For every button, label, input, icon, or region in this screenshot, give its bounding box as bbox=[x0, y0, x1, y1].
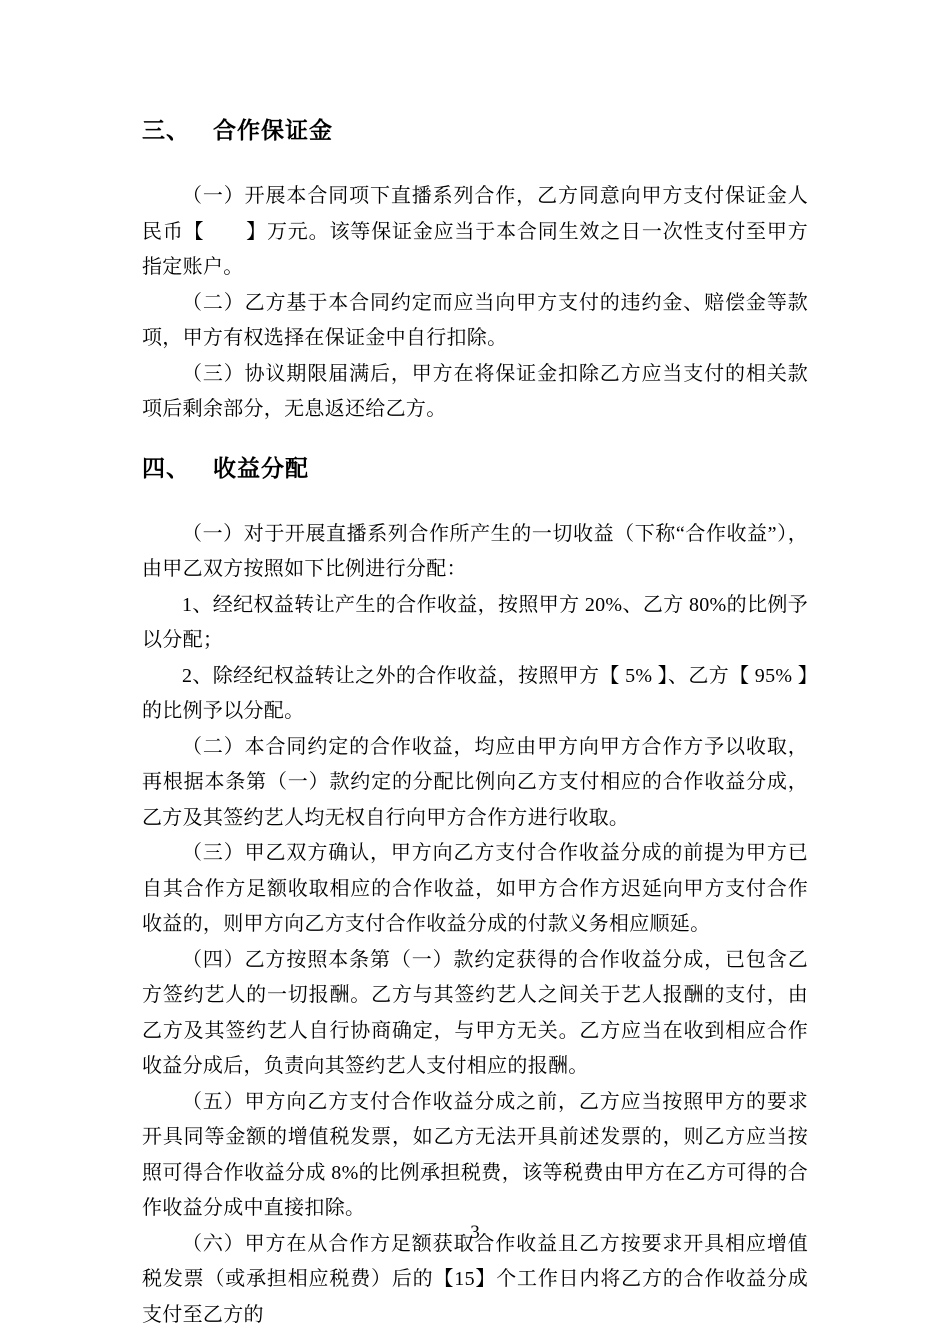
clause-4-1-item-1: 1、经纪权益转让产生的合作收益，按照甲方 20%、乙方 80%的比例予以分配； bbox=[142, 588, 808, 659]
clause-4-2: （二）本合同约定的合作收益，均应由甲方向甲方合作方予以收取，再根据本条第（一）款… bbox=[142, 730, 808, 837]
clause-3-2: （二）乙方基于本合同约定而应当向甲方支付的违约金、赔偿金等款项，甲方有权选择在保… bbox=[142, 286, 808, 357]
clause-4-3: （三）甲乙双方确认，甲方向乙方支付合作收益分成的前提为甲方已自其合作方足额收取相… bbox=[142, 836, 808, 943]
page-number: 3 bbox=[0, 1222, 950, 1244]
section-title: 收益分配 bbox=[213, 455, 309, 481]
document-page: 三、合作保证金（一）开展本合同项下直播系列合作，乙方同意向甲方支付保证金人民币【… bbox=[0, 0, 950, 1344]
clause-4-1-item-2: 2、除经纪权益转让之外的合作收益，按照甲方【 5% 】、乙方【 95% 】的比例… bbox=[142, 659, 808, 730]
clause-4-4: （四）乙方按照本条第（一）款约定获得的合作收益分成，已包含乙方签约艺人的一切报酬… bbox=[142, 943, 808, 1085]
clause-3-3: （三）协议期限届满后，甲方在将保证金扣除乙方应当支付的相关款项后剩余部分，无息返… bbox=[142, 357, 808, 428]
clause-4-1: （一）对于开展直播系列合作所产生的一切收益（下称“合作收益”），由甲乙双方按照如… bbox=[142, 517, 808, 588]
clause-4-5: （五）甲方向乙方支付合作收益分成之前，乙方应当按照甲方的要求开具同等金额的增值税… bbox=[142, 1085, 808, 1227]
section-number: 三、 bbox=[142, 117, 190, 143]
section-number: 四、 bbox=[142, 455, 190, 481]
document-content: 三、合作保证金（一）开展本合同项下直播系列合作，乙方同意向甲方支付保证金人民币【… bbox=[0, 0, 950, 1333]
section-title: 合作保证金 bbox=[213, 117, 333, 143]
section-heading-cooperation-deposit: 三、合作保证金 bbox=[142, 112, 808, 148]
clause-3-1: （一）开展本合同项下直播系列合作，乙方同意向甲方支付保证金人民币【 】万元。该等… bbox=[142, 179, 808, 286]
section-heading-revenue-distribution: 四、收益分配 bbox=[142, 450, 808, 486]
